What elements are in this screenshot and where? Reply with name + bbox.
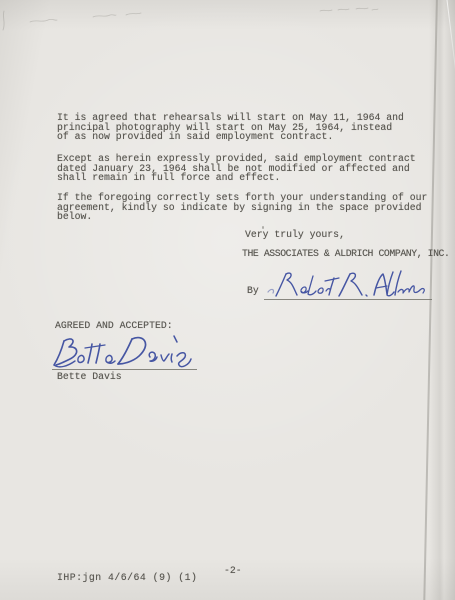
- davis-typed-name: Bette Davis: [57, 372, 122, 382]
- by-label: By: [247, 286, 259, 296]
- page-number: -2-: [224, 566, 242, 576]
- agreed-and-accepted-label: AGREED AND ACCEPTED:: [55, 321, 173, 331]
- aldrich-signature: [262, 267, 432, 303]
- paragraph-sign-below: If the foregoing correctly sets forth yo…: [57, 193, 442, 222]
- closing-salutation: Very truly yours,: [245, 230, 345, 240]
- footer-reference: IHP:jgn 4/6/64 (9) (1): [57, 573, 197, 583]
- pencil-marks: [0, 0, 455, 45]
- davis-signature-line: [52, 369, 197, 370]
- paragraph-contract-unmodified: Except as herein expressly provided, sai…: [57, 154, 442, 183]
- davis-signature: [50, 332, 202, 374]
- paragraph-rehearsal-dates: It is agreed that rehearsals will start …: [57, 113, 442, 142]
- aldrich-signature-line: [264, 299, 432, 300]
- document-page: It is agreed that rehearsals will start …: [0, 0, 455, 600]
- company-name: THE ASSOCIATES & ALDRICH COMPANY, INC.: [242, 249, 449, 259]
- page-edge-shadow: [429, 0, 455, 600]
